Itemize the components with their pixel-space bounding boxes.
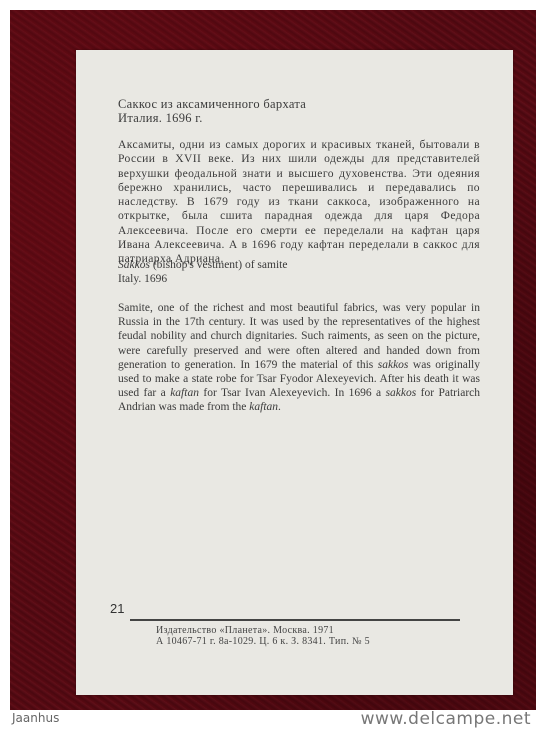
velvet-background-photo: Саккос из аксамиченного бархата Италия. … bbox=[10, 10, 536, 710]
imprint-line2: А 10467-71 г. 8а-1029. Ц. 6 к. З. 8341. … bbox=[156, 636, 370, 647]
english-italic-term: sakkos bbox=[386, 387, 417, 399]
russian-description: Аксамиты, одни из самых дорогих и красив… bbox=[118, 138, 480, 267]
english-italic-term: kaftan bbox=[170, 387, 199, 399]
imprint-line1: Издательство «Планета». Москва. 1971 bbox=[156, 625, 370, 636]
english-title-line1: Sakkos (bishop's vestment) of samite bbox=[118, 258, 480, 272]
english-title-line2: Italy. 1696 bbox=[118, 272, 480, 286]
russian-title-line1: Саккос из аксамиченного бархата bbox=[118, 97, 480, 111]
site-watermark: www.delcampe.net bbox=[361, 709, 531, 729]
english-italic-term: sakkos bbox=[378, 359, 409, 371]
english-italic-term: kaftan bbox=[249, 401, 278, 413]
english-description: Samite, one of the richest and most beau… bbox=[118, 301, 480, 415]
english-title-italic: Sakkos bbox=[118, 259, 150, 271]
russian-title-line2: Италия. 1696 г. bbox=[118, 111, 480, 125]
page-number: 21 bbox=[110, 601, 124, 616]
russian-title: Саккос из аксамиченного бархата Италия. … bbox=[118, 97, 480, 125]
divider-line bbox=[130, 619, 460, 621]
postcard-back: Саккос из аксамиченного бархата Италия. … bbox=[76, 50, 513, 695]
seller-watermark: Jaanhus bbox=[12, 711, 59, 725]
english-text-segment: . bbox=[278, 401, 281, 413]
publisher-imprint: Издательство «Планета». Москва. 1971 А 1… bbox=[156, 625, 370, 647]
english-text-segment: for Tsar Ivan Alexeyevich. In 1696 a bbox=[199, 387, 386, 399]
english-title-rest: (bishop's vestment) of samite bbox=[150, 259, 288, 271]
english-title: Sakkos (bishop's vestment) of samite Ita… bbox=[118, 258, 480, 286]
